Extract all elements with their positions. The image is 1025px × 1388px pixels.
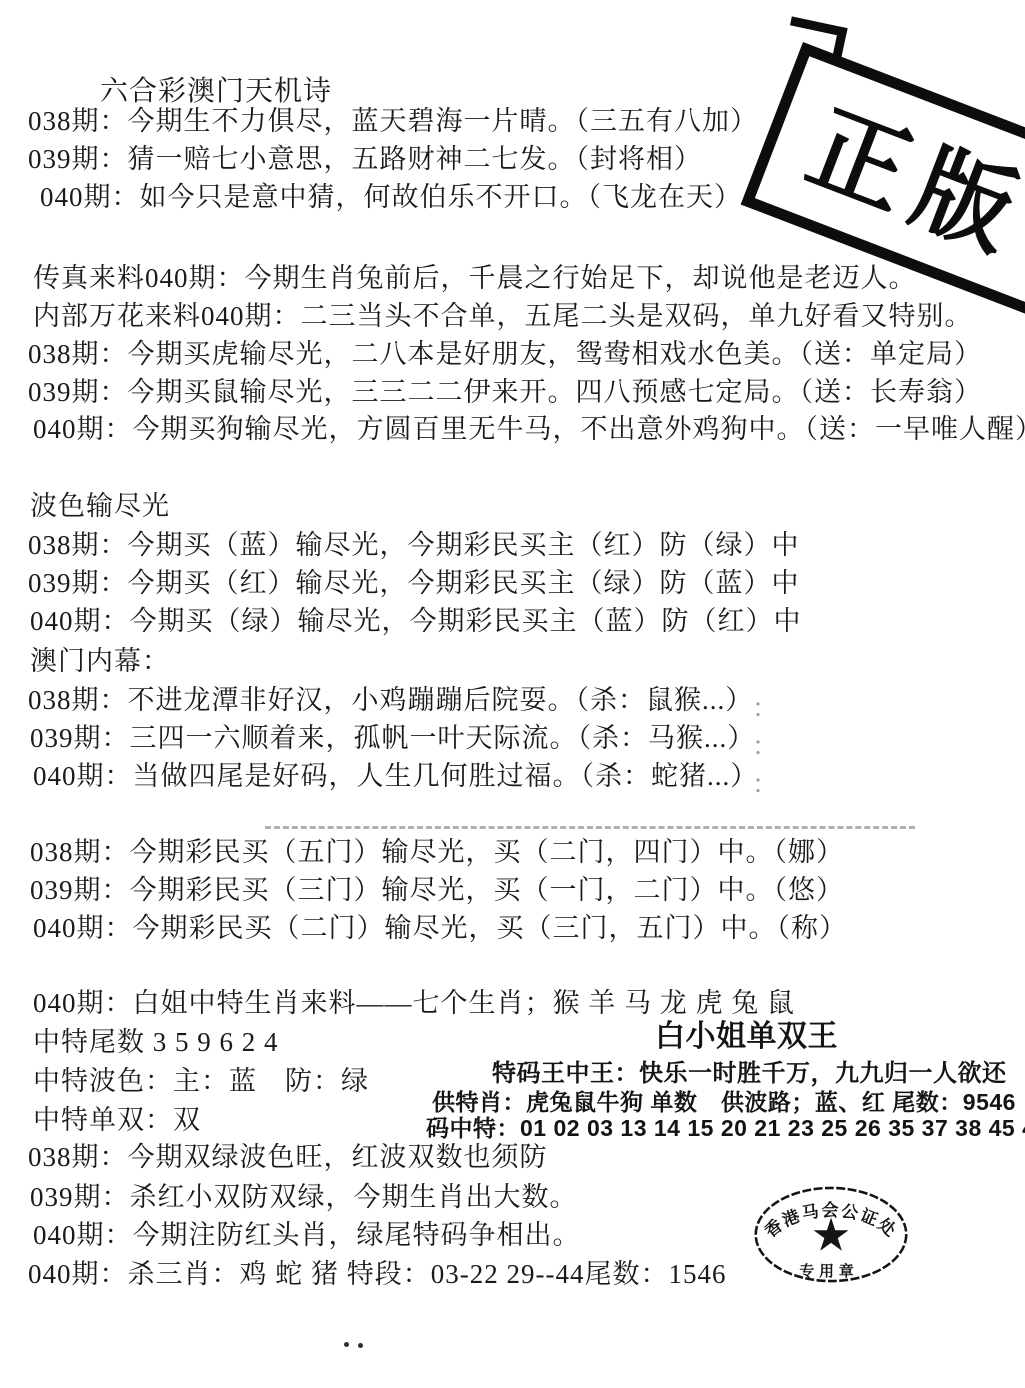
gate-line: 039期：今期彩民买（三门）输尽光，买（一门，二门）中。（悠） (30, 875, 844, 906)
baixiaojie-title: 白小姐单双王 (655, 1020, 838, 1055)
fax-line: 传真来料040期：今期生肖兔前后，千晨之行始足下，却说他是老迈人。 (33, 263, 917, 294)
wave-line: 039期：今期买（红）输尽光，今期彩民买主（绿）防（蓝）中 (28, 568, 800, 599)
poem-line: 040期：如今只是意中猜，何故伯乐不开口。（飞龙在天） (40, 182, 742, 213)
dashed-separator (265, 826, 915, 829)
seal-bottom-text: 专用章 (799, 1262, 858, 1280)
macau-line: 039期：三四一六顺着来，孤帆一叶天际流。（杀：马猴...） (30, 723, 755, 754)
genuine-stamp-label: 正版 (792, 69, 1025, 281)
baixiaojie-numbers-line: 码中特：01 02 03 13 14 15 20 21 23 25 26 35 … (426, 1115, 1025, 1141)
macau-line: 040期：当做四尾是好码，人生几何胜过福。（杀：蛇猪...） (33, 761, 758, 792)
fax-line: 内部万花来料040期：二三当头不合单，五尾二头是双码，单九好看又特别。 (33, 301, 973, 332)
tip-sheet-page: 正版 六合彩澳门天机诗 038期：今期生不力俱尽，蓝天碧海一片晴。（三五有八加）… (0, 0, 1025, 1388)
ink-dot (344, 1342, 349, 1347)
wave-section-header: 波色输尽光 (30, 491, 170, 522)
bottom-tip-line: 039期：杀红小双防双绿，今期生肖出大数。 (30, 1182, 578, 1213)
baixiaojie-zodiac-line: 供特肖：虎兔鼠牛狗 单数 供波路；蓝、红 尾数：9546 (432, 1089, 1016, 1115)
zhongte-line: 中特波色：主：蓝 防：绿 (33, 1066, 369, 1097)
faint-colon-mark: ： (752, 764, 778, 801)
wave-line: 040期：今期买（绿）输尽光，今期彩民买主（蓝）防（红）中 (30, 606, 802, 637)
poem-line: 038期：今期生不力俱尽，蓝天碧海一片晴。（三五有八加） (28, 106, 758, 137)
macau-section-header: 澳门内幕： (30, 646, 170, 677)
bottom-tip-line: 040期：今期注防红头肖，绿尾特码争相出。 (33, 1220, 581, 1251)
fax-line: 038期：今期买虎输尽光，二八本是好朋友，鸳鸯相戏水色美。（送：单定局） (28, 339, 982, 370)
bottom-tip-line: 038期：今期双绿波色旺，红波双数也须防 (28, 1142, 548, 1173)
macau-line: 038期：不进龙潭非好汉，小鸡蹦蹦后院耍。（杀：鼠猴...） (28, 685, 753, 716)
star-icon: ★ (811, 1208, 852, 1261)
page-title: 六合彩澳门天机诗 (100, 76, 332, 108)
zhongte-line: 040期：白姐中特生肖来料——七个生肖；猴 羊 马 龙 虎 兔 鼠 (33, 988, 795, 1019)
gate-line: 038期：今期彩民买（五门）输尽光，买（二门，四门）中。（娜） (30, 837, 844, 868)
gate-line: 040期：今期彩民买（二门）输尽光，买（三门，五门）中。（称） (33, 913, 847, 944)
zhongte-line: 中特尾数 3 5 9 6 2 4 (33, 1027, 279, 1058)
fax-line: 039期：今期买鼠输尽光，三三二二伊来开。四八预感七定局。（送：长寿翁） (28, 377, 982, 408)
faint-colon-mark: ： (752, 688, 778, 725)
poem-line: 039期：猜一赔七小意思，五路财神二七发。（封将相） (28, 144, 702, 175)
ink-dot (358, 1343, 363, 1348)
notary-seal: 香港马会公证处 ★ 专用章 (750, 1183, 912, 1287)
bottom-tip-line: 040期：杀三肖：鸡 蛇 猪 特段：03-22 29--44尾数：1546 (28, 1259, 726, 1290)
zhongte-line: 中特单双：双 (33, 1105, 201, 1136)
wave-line: 038期：今期买（蓝）输尽光，今期彩民买主（红）防（绿）中 (28, 530, 800, 561)
faint-colon-mark: ： (752, 726, 778, 763)
fax-line: 040期：今期买狗输尽光，方圆百里无牛马，不出意外鸡狗中。（送：一早唯人醒） (33, 414, 1025, 445)
baixiaojie-king-line: 特码王中王：快乐一时胜千万，九九归一人欲还 (492, 1060, 1007, 1088)
